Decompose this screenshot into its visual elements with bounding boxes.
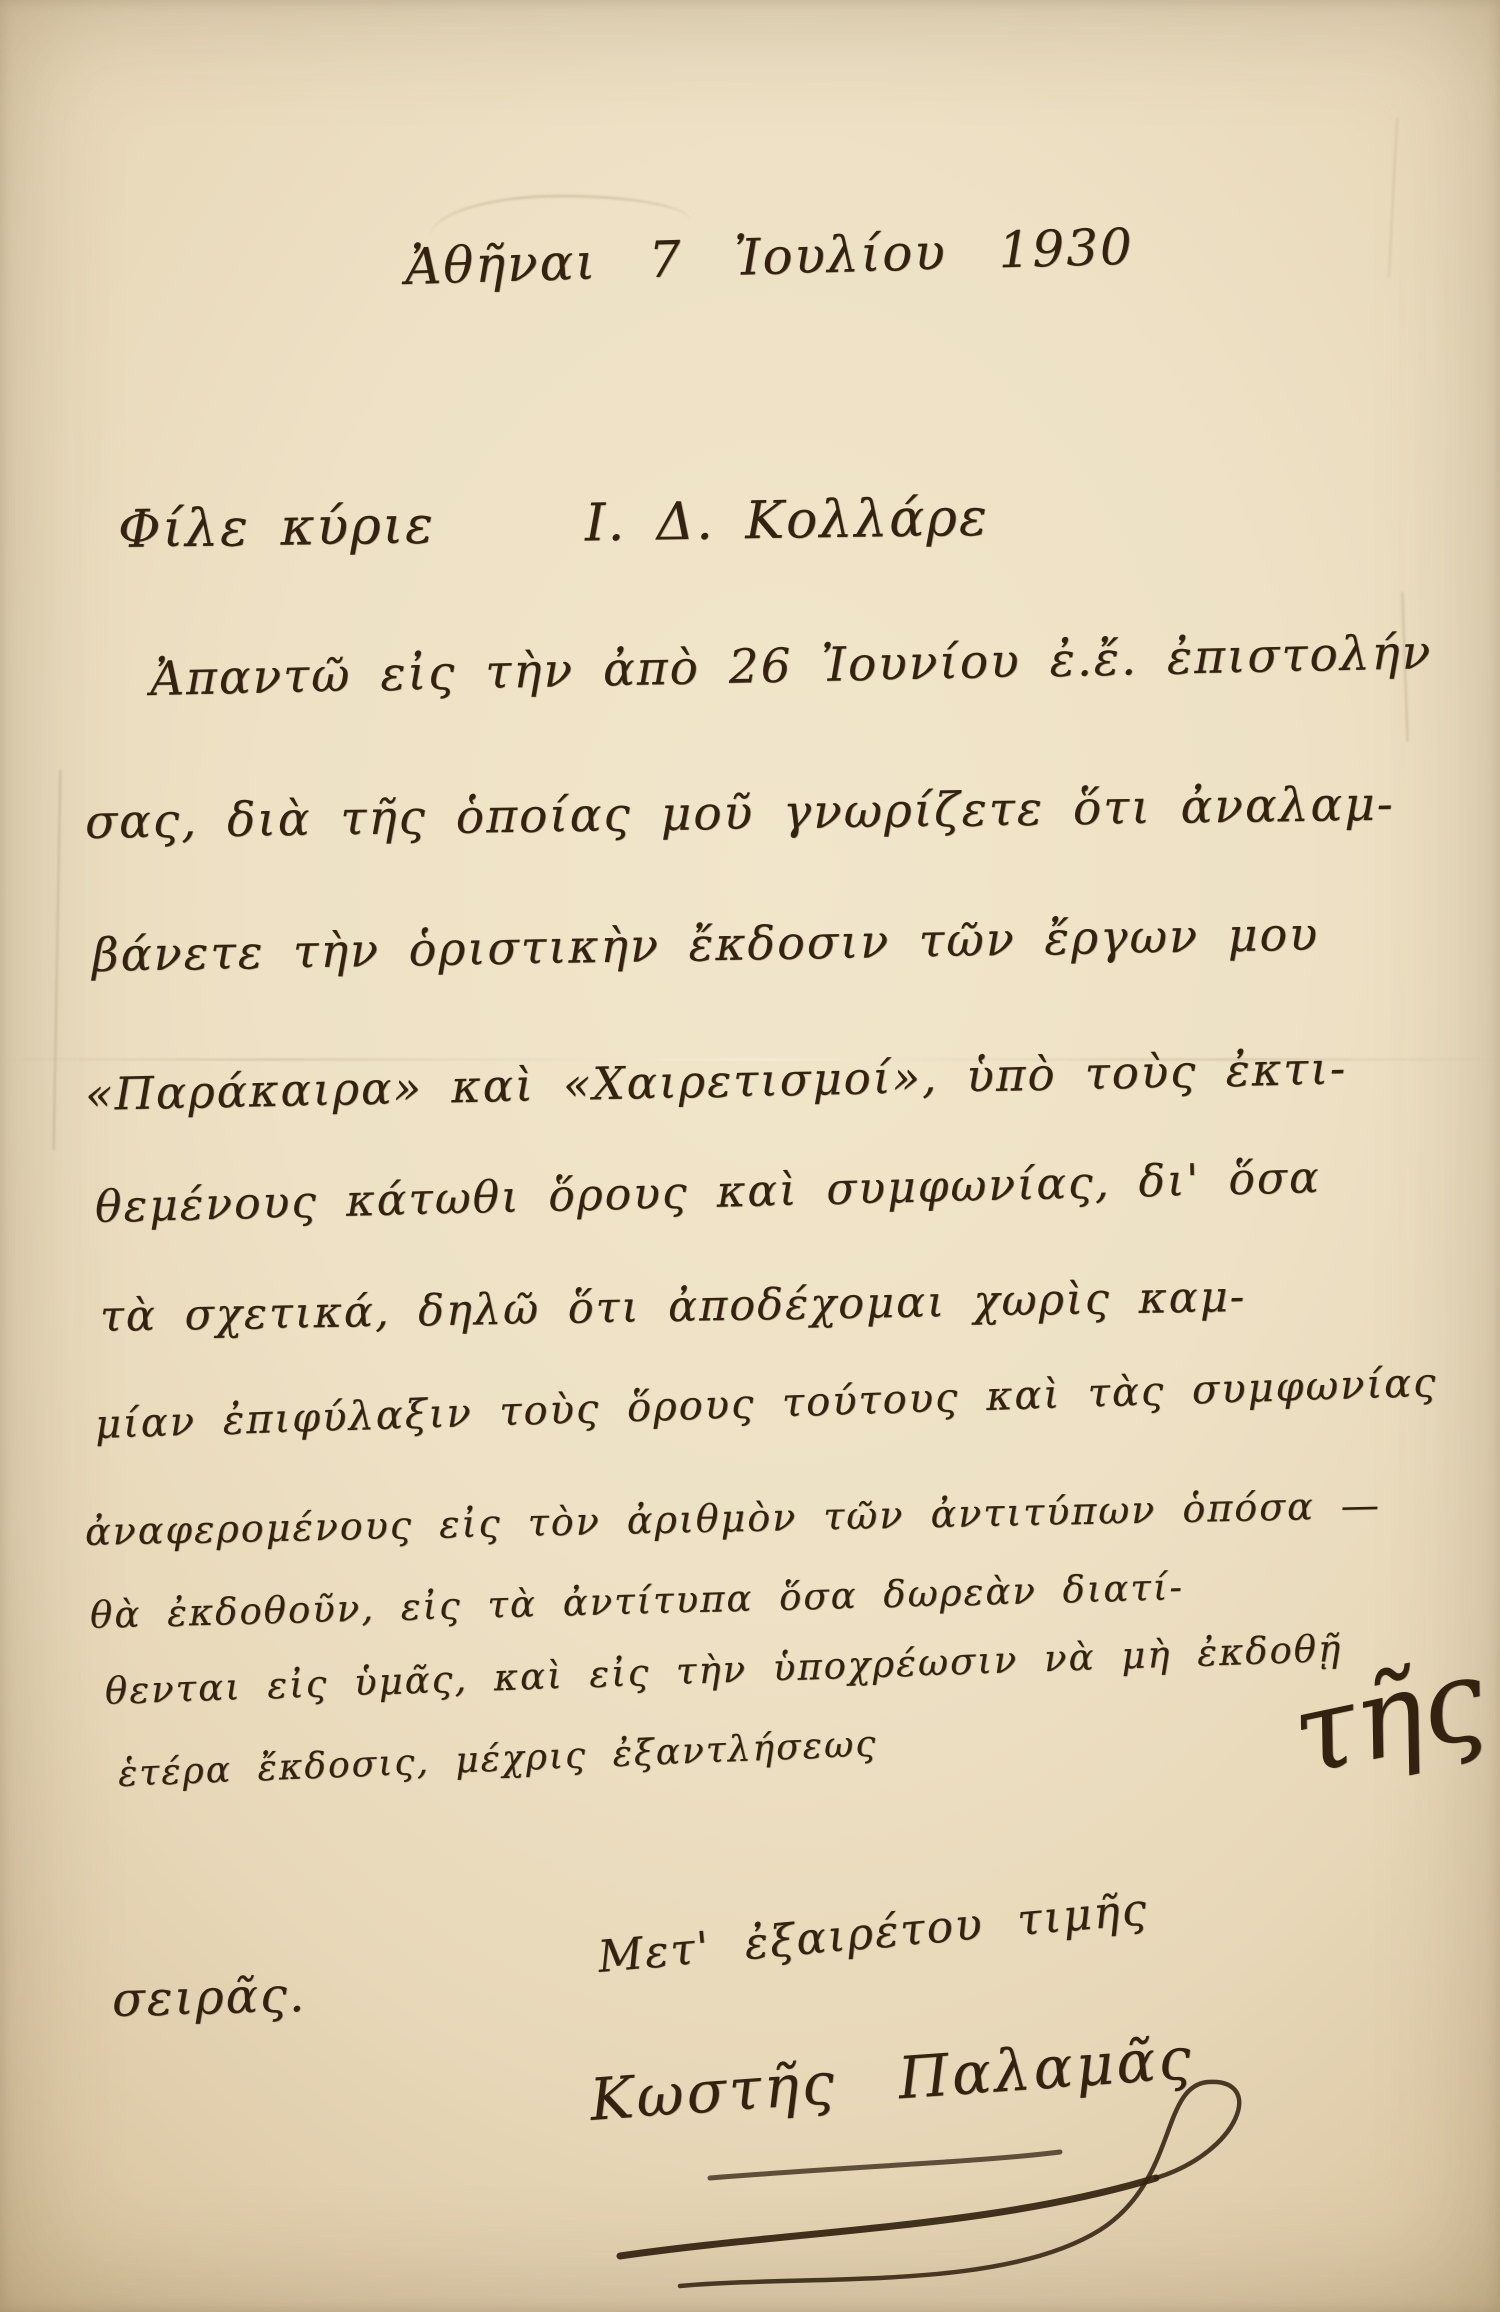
body-line: τὰ σχετικά, δηλῶ ὅτι ἀποδέχομαι χωρὶς κα… xyxy=(100,1272,1247,1342)
salutation-text: Φίλε κύριε xyxy=(118,496,436,560)
recipient-name: Ι. Δ. Κολλάρε xyxy=(585,488,990,554)
body-line: ἀναφερομένους εἰς τὸν ἀριθμὸν τῶν ἀντιτύ… xyxy=(85,1483,1382,1554)
body-line: Ἀπαντῶ εἰς τὴν ἀπὸ 26 Ἰουνίου ἐ.ἔ. ἐπιστ… xyxy=(149,625,1432,707)
body-line: θενται εἰς ὑμᾶς, καὶ εἰς τὴν ὑποχρέωσιν … xyxy=(104,1627,1343,1713)
body-line: θεμένους κάτωθι ὅρους καὶ συμφωνίας, δι'… xyxy=(94,1152,1321,1233)
salutation-line: Φίλε κύριεΙ. Δ. Κολλάρε xyxy=(118,488,990,560)
signature-flourish xyxy=(560,2060,1340,2310)
body-line: μίαν ἐπιφύλαξιν τοὺς ὅρους τούτους καὶ τ… xyxy=(94,1360,1438,1448)
body-line: θὰ ἐκδοθοῦν, εἰς τὰ ἀντίτυπα ὅσα δωρεὰν … xyxy=(89,1565,1184,1637)
letter-photograph: Ἀθῆναι 7 Ἰουλίου 1930 Φίλε κύριεΙ. Δ. Κο… xyxy=(0,0,1500,2312)
salutation-gap xyxy=(435,540,585,542)
body-line: «Παράκαιρα» καὶ «Χαιρετισμοί», ὑπὸ τοὺς … xyxy=(84,1042,1347,1121)
body-last-word: σειρᾶς. xyxy=(111,1967,307,2028)
body-line: σας, διὰ τῆς ὁποίας μοῦ γνωρίζετε ὅτι ἀν… xyxy=(85,777,1395,850)
body-line: ἑτέρα ἔκδοσις, μέχρις ἐξαντλήσεως xyxy=(117,1724,878,1795)
paper-crease-left xyxy=(53,770,62,1150)
body-line: βάνετε τὴν ὁριστικὴν ἔκδοσιν τῶν ἔργων μ… xyxy=(92,907,1320,982)
closing-line: Μετ' ἐξαιρέτου τιμῆς xyxy=(596,1884,1150,1983)
paper-crease-top-right xyxy=(1388,118,1398,278)
